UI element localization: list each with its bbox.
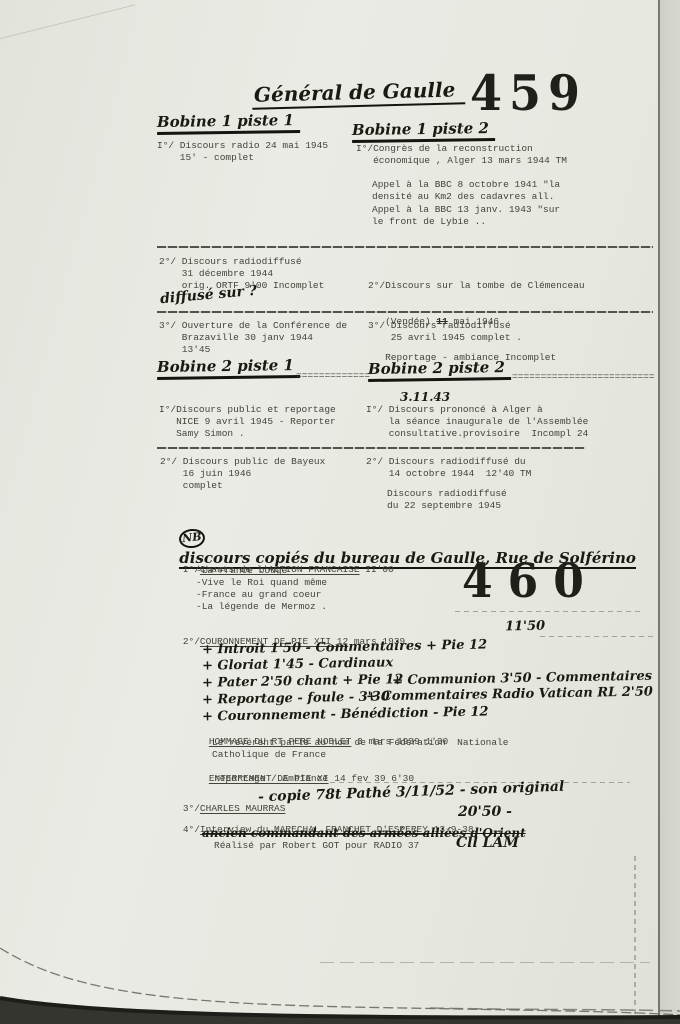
scanned-archive-page: Général de Gaulle 459 Bobine 1 piste 1 B… (0, 0, 680, 1024)
bottom-page-curl (0, 0, 680, 1024)
